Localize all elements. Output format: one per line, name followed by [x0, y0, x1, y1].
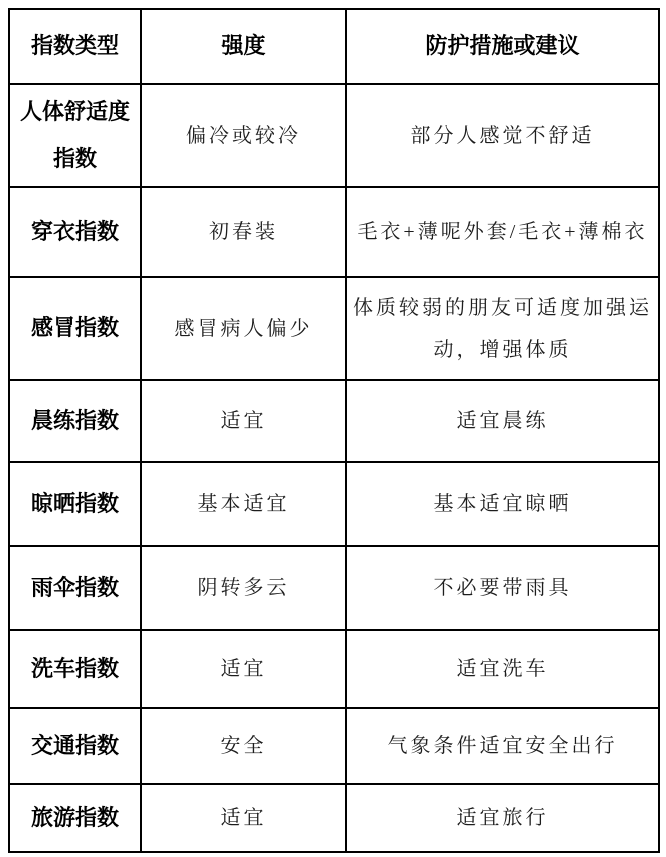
index-type-cell: 感冒指数 [9, 277, 141, 380]
index-type-cell: 穿衣指数 [9, 187, 141, 277]
strength-cell: 初春装 [141, 187, 346, 277]
index-type-cell: 人体舒适度指数 [9, 84, 141, 187]
suggestion-cell: 适宜洗车 [346, 630, 659, 708]
table-row-morning-exercise: 晨练指数 适宜 适宜晨练 [9, 380, 659, 462]
table-row-comfort: 人体舒适度指数 偏冷或较冷 部分人感觉不舒适 [9, 84, 659, 187]
table-row-traffic: 交通指数 安全 气象条件适宜安全出行 [9, 708, 659, 784]
index-type-cell: 雨伞指数 [9, 546, 141, 630]
page: { "table": { "headers": ["指数类型", "强度", "… [0, 0, 666, 857]
index-type-cell: 晾晒指数 [9, 462, 141, 546]
strength-cell: 适宜 [141, 784, 346, 852]
header-strength: 强度 [141, 9, 346, 84]
table-row-drying: 晾晒指数 基本适宜 基本适宜晾晒 [9, 462, 659, 546]
strength-cell: 适宜 [141, 380, 346, 462]
index-type-cell: 旅游指数 [9, 784, 141, 852]
suggestion-cell: 毛衣+薄呢外套/毛衣+薄棉衣 [346, 187, 659, 277]
suggestion-cell: 基本适宜晾晒 [346, 462, 659, 546]
table-row-car-wash: 洗车指数 适宜 适宜洗车 [9, 630, 659, 708]
suggestion-cell: 适宜旅行 [346, 784, 659, 852]
table-row-travel: 旅游指数 适宜 适宜旅行 [9, 784, 659, 852]
suggestion-cell: 气象条件适宜安全出行 [346, 708, 659, 784]
strength-cell: 感冒病人偏少 [141, 277, 346, 380]
header-suggestion: 防护措施或建议 [346, 9, 659, 84]
strength-cell: 适宜 [141, 630, 346, 708]
strength-cell: 安全 [141, 708, 346, 784]
weather-index-table: 指数类型 强度 防护措施或建议 人体舒适度指数 偏冷或较冷 部分人感觉不舒适 穿… [8, 8, 660, 853]
strength-cell: 基本适宜 [141, 462, 346, 546]
table-row-umbrella: 雨伞指数 阴转多云 不必要带雨具 [9, 546, 659, 630]
index-type-cell: 洗车指数 [9, 630, 141, 708]
strength-cell: 偏冷或较冷 [141, 84, 346, 187]
table-row-cold: 感冒指数 感冒病人偏少 体质较弱的朋友可适度加强运动，增强体质 [9, 277, 659, 380]
strength-cell: 阴转多云 [141, 546, 346, 630]
suggestion-cell: 适宜晨练 [346, 380, 659, 462]
index-type-cell: 交通指数 [9, 708, 141, 784]
index-type-cell: 晨练指数 [9, 380, 141, 462]
header-row: 指数类型 强度 防护措施或建议 [9, 9, 659, 84]
suggestion-cell: 部分人感觉不舒适 [346, 84, 659, 187]
suggestion-cell: 不必要带雨具 [346, 546, 659, 630]
suggestion-cell: 体质较弱的朋友可适度加强运动，增强体质 [346, 277, 659, 380]
table-row-dressing: 穿衣指数 初春装 毛衣+薄呢外套/毛衣+薄棉衣 [9, 187, 659, 277]
header-index-type: 指数类型 [9, 9, 141, 84]
